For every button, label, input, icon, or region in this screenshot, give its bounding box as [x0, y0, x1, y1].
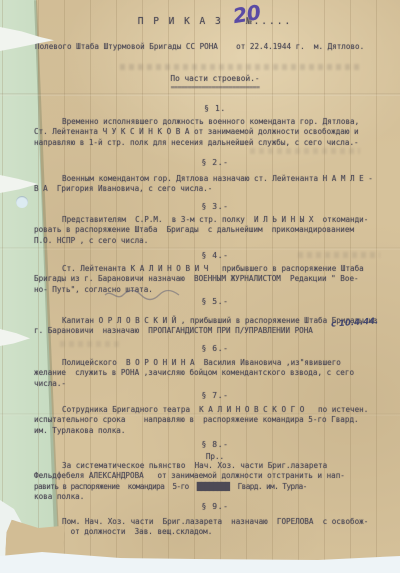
part-header-underline: ========================== [34, 83, 396, 91]
handwritten-order-number: 20 [231, 0, 262, 28]
doc-line: За систематическое пьянство Нач. Хоз. ча… [34, 461, 396, 471]
section-7: § 7.- Сотрудника Бригадного театра К А Л… [34, 391, 396, 436]
section-9: § 9.- Пом. Нач. Хоз. части Бриг.лазарета… [34, 502, 396, 538]
paper-sheet: П Р И К А З №..... Полевого Штаба Штурмо… [0, 0, 400, 562]
bleed-through-smudge [120, 64, 360, 70]
paper-crease [0, 247, 400, 250]
doc-line: Ст. Лейтенанта К А Л И Н О В И Ч прибывш… [34, 264, 396, 274]
doc-line: ровать в распоряжение Штаба Бригады с да… [34, 225, 396, 235]
section-heading: § 6.- [34, 344, 396, 354]
section-6: § 6.- Полицейского В О Р О Н И Н А Васил… [34, 344, 396, 389]
doc-line: Полицейского В О Р О Н И Н А Василия Ива… [34, 358, 396, 368]
doc-line: Бригады из г. Барановичи назначаю ВОЕННЫ… [34, 274, 396, 284]
doc-line: Военным комендантом гор. Дятлова назнача… [34, 174, 396, 184]
doc-line: П.О. НСПР , с сего числа. [34, 236, 396, 246]
bleed-through-smudge [250, 148, 360, 154]
doc-line: направляю в 1-й стр. полк для несения да… [34, 138, 396, 148]
doc-line: В А Григория Ивановича, с сего числа.- [34, 184, 396, 194]
doc-line: желание служить в РОНА ,зачисляю бойцом … [34, 368, 396, 378]
paper-crease [0, 93, 400, 96]
section-heading: § 9.- [34, 502, 396, 512]
doc-line: Ст. Лейтенанта Ч У К С И Н К О В А от за… [34, 127, 396, 137]
order-title: П Р И К А З №..... [34, 16, 396, 27]
doc-line: но- Путь", согласно штата. [34, 285, 396, 295]
section-heading: § 7.- [34, 391, 396, 401]
section-heading: § 1. [34, 104, 396, 114]
doc-line: испытательного срока направляю в распоря… [34, 415, 396, 425]
section-5: § 5.- Капитан О Р Л О В С К И Й , прибыв… [34, 297, 396, 337]
doc-line: им. Турлакова полка. [34, 426, 396, 436]
section-1: § 1. Временно исполнявшего должность вое… [34, 104, 396, 148]
doc-line: Пом. Нач. Хоз. части Бриг.лазарета назна… [34, 517, 396, 527]
section-4: § 4.- Ст. Лейтенанта К А Л И Н О В И Ч п… [34, 251, 396, 295]
punch-hole [16, 196, 28, 208]
section-2: § 2.- Военным комендантом гор. Дятлова н… [34, 158, 396, 195]
doc-line: Сотрудника Бригадного театра К А Л И Н О… [34, 405, 396, 415]
issuer-line: Полевого Штаба Штурмовой Бригады СС РОНА… [35, 42, 397, 51]
doc-line: числа.- [34, 379, 396, 389]
doc-line: Временно исполнявшего должность военного… [34, 117, 396, 127]
section-8: § 8.- Пр.. За систематическое пьянство Н… [34, 440, 396, 503]
section-subheading: Пр.. [34, 452, 396, 461]
section-heading: § 2.- [34, 158, 396, 168]
part-header: По части строевой.- [34, 74, 396, 83]
section-heading: § 8.- [34, 440, 396, 450]
section-heading: § 4.- [34, 251, 396, 261]
scanned-order-page: П Р И К А З №..... Полевого Штаба Штурмо… [0, 0, 400, 573]
doc-line: Фельдфебеля АЛЕКСАНДРОВА от занимаемой д… [34, 471, 396, 481]
section-3: § 3.- Представителям С.Р.М. в 3-м стр. п… [34, 202, 396, 246]
doc-line-with-redaction: равить в распоряжение командира 5-го ███… [34, 482, 396, 492]
section-heading: § 5.- [34, 297, 396, 307]
doc-line: Представителям С.Р.М. в 3-м стр. полку И… [34, 215, 396, 225]
section-heading: § 3.- [34, 202, 396, 212]
doc-line: дением от должности Зав. вещ.складом. [34, 527, 396, 537]
